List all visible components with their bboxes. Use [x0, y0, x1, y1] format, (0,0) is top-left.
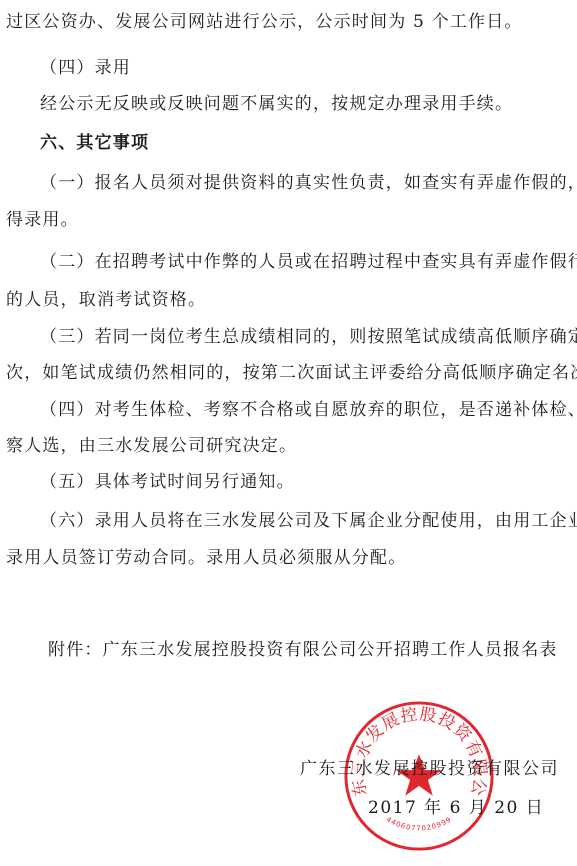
paragraph-line: 的人员，取消考试资格。: [6, 290, 206, 310]
paragraph-line: 次，如笔试成绩仍然相同的，按第二次面试主评委给分高低顺序确定名次。: [6, 363, 577, 383]
signature-date: 2017 年 6 月 20 日: [368, 793, 544, 818]
attachment-note: 附件：广东三水发展控股投资有限公司公开招聘工作人员报名表: [48, 640, 558, 660]
paragraph-line: 察人选，由三水发展公司研究决定。: [6, 436, 297, 456]
paragraph-line: 得录用。: [6, 210, 79, 230]
section-heading: 六、其它事项: [40, 133, 149, 153]
paragraph-line: （六）录用人员将在三水发展公司及下属企业分配使用，由用工企业与: [40, 511, 577, 531]
paragraph-line: 过区公资办、发展公司网站进行公示，公示时间为 5 个工作日。: [6, 12, 523, 32]
signature-company: 广东三水发展控股投资有限公司: [300, 754, 559, 779]
paragraph-line: （一）报名人员须对提供资料的真实性负责，如查实有弄虚作假的，不: [40, 173, 577, 193]
paragraph-line: （二）在招聘考试中作弊的人员或在招聘过程中查实具有弄虚作假行为: [40, 252, 577, 272]
paragraph-line: （三）若同一岗位考生总成绩相同的，则按照笔试成绩高低顺序确定名: [40, 327, 577, 347]
paragraph-line: 经公示无反映或反映问题不属实的，按规定办理录用手续。: [40, 94, 513, 114]
paragraph-line: 录用人员签订劳动合同。录用人员必须服从分配。: [6, 548, 406, 568]
paragraph-line: （四）对考生体检、考察不合格或自愿放弃的职位，是否递补体检、考: [40, 400, 577, 420]
paragraph-line: （四）录用: [40, 58, 131, 78]
paragraph-line: （五）具体考试时间另行通知。: [40, 472, 295, 492]
